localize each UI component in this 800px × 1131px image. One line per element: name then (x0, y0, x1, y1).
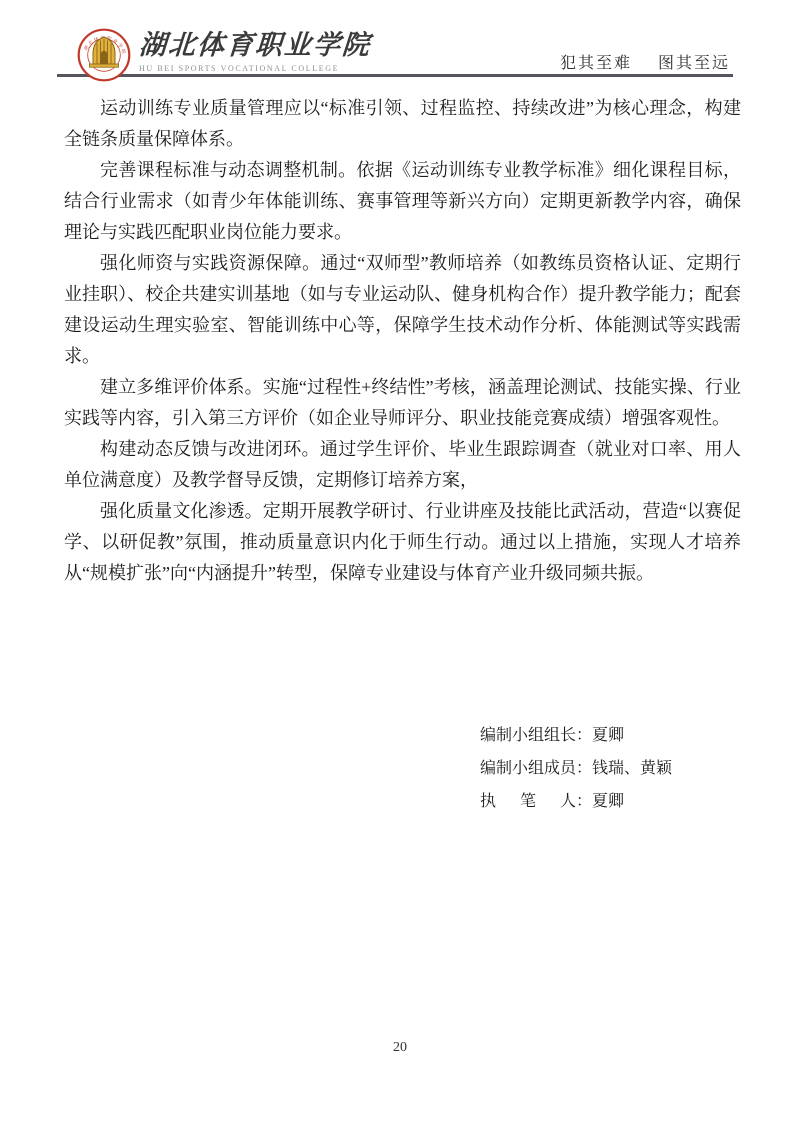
paragraph-evaluation: 建立多维评价体系。实施“过程性+终结性”考核，涵盖理论测试、技能实操、行业实践等… (64, 372, 741, 434)
signature-line-leader: 编制小组组长：夏卿 (480, 719, 672, 752)
signature-block: 编制小组组长：夏卿 编制小组成员：钱瑞、黄颖 执笔人：夏卿 (480, 719, 672, 818)
college-name-en: HU BEI SPORTS VOCATIONAL COLLEGE (139, 64, 371, 73)
signature-colon: ： (576, 760, 592, 777)
college-title-block: 湖北体育职业学院 HU BEI SPORTS VOCATIONAL COLLEG… (139, 30, 371, 73)
document-page: 湖北体育职业学院 湖北体育职业学院 HU BEI SPORTS VOCATION… (0, 0, 800, 1131)
page-number: 20 (0, 1040, 800, 1056)
college-seal-icon: 湖北体育职业学院 (77, 28, 131, 82)
paragraph-quality-culture: 强化质量文化渗透。定期开展教学研讨、行业讲座及技能比武活动，营造“以赛促学、以研… (64, 496, 741, 589)
signature-colon: ： (576, 793, 592, 810)
signature-colon: ： (576, 727, 592, 744)
signature-name: 钱瑞、黄颖 (592, 760, 672, 777)
motto-left: 犯其至难 (560, 55, 632, 72)
signature-role: 执笔人 (480, 785, 576, 818)
signature-role: 编制小组成员 (480, 752, 576, 785)
signature-name: 夏卿 (592, 727, 624, 744)
document-body: 运动训练专业质量管理应以“标准引领、过程监控、持续改进”为核心理念，构建全链条质… (64, 93, 741, 589)
signature-line-writer: 执笔人：夏卿 (480, 785, 672, 818)
paragraph-curriculum: 完善课程标准与动态调整机制。依据《运动训练专业教学标准》细化课程目标，结合行业需… (64, 155, 741, 248)
header-rule (57, 74, 733, 77)
paragraph-faculty-resources: 强化师资与实践资源保障。通过“双师型”教师培养（如教练员资格认证、定期行业挂职）… (64, 248, 741, 372)
signature-role: 编制小组组长 (480, 719, 576, 752)
signature-line-members: 编制小组成员：钱瑞、黄颖 (480, 752, 672, 785)
college-motto: 犯其至难图其至远 (560, 50, 730, 73)
paragraph-quality-core: 运动训练专业质量管理应以“标准引领、过程监控、持续改进”为核心理念，构建全链条质… (64, 93, 741, 155)
signature-name: 夏卿 (592, 793, 624, 810)
motto-right: 图其至远 (658, 55, 730, 72)
college-name-cn: 湖北体育职业学院 (138, 30, 372, 62)
paragraph-feedback-loop: 构建动态反馈与改进闭环。通过学生评价、毕业生跟踪调查（就业对口率、用人单位满意度… (64, 434, 741, 496)
